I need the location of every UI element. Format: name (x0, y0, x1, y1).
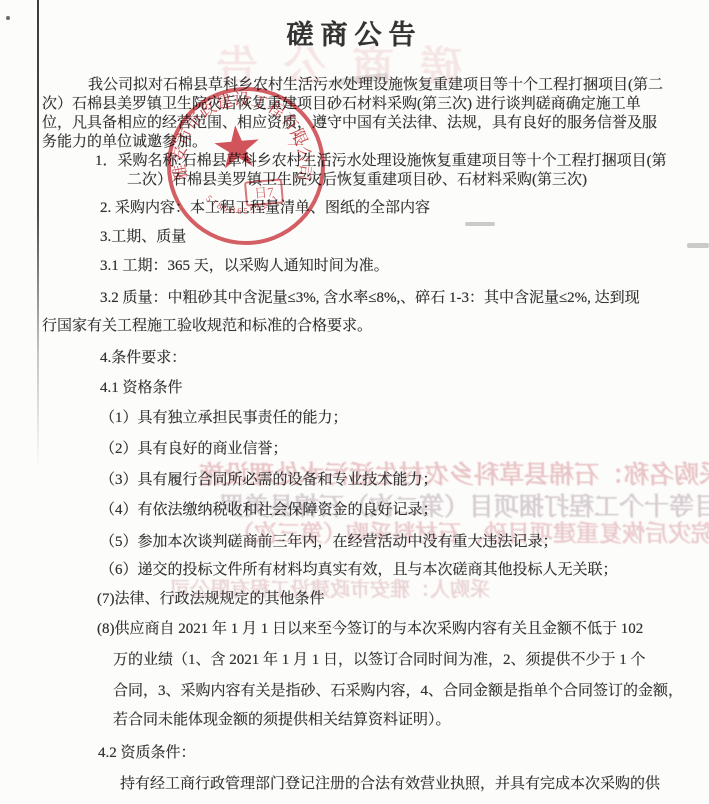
seal-box-mark: 日7 (244, 178, 284, 206)
body-line: （6）递交的投标文件所有材料均真实有效，且与本次磋商其他投标人无关联； (100, 561, 618, 580)
body-line: (7)法律、行政法规规定的其他条件 (97, 590, 325, 609)
body-line: (8)供应商自 2021 年 1 月 1 日以来至今签订的与本次采购内容有关且金… (97, 620, 643, 639)
body-line: 4.1 资格条件 (100, 379, 183, 398)
seal-text-svg: 雅安市市政建设工程有限公司 5 1 8 0 B 6 5 5 4 2 7 1 (162, 82, 322, 242)
body-line: （2）具有良好的商业信誉； (100, 440, 288, 459)
scan-smudge (465, 222, 495, 226)
body-line: 行国家有关工程施工验收规范和标准的合格要求。 (42, 317, 372, 336)
body-line: （1）具有独立承担民事责任的能力； (100, 409, 348, 428)
body-line: （3）具有履行合同所必需的设备和专业技术能力； (100, 471, 438, 490)
body-line: 若合同未能体现金额的须提供相关结算资料证明）。 (113, 711, 451, 730)
body-line: 持有经工商行政管理部门登记注册的合法有效营业执照，并具有完成本次采购的供 (120, 775, 660, 794)
body-line: 3.2 质量：中粗砂其中含泥量≤3%, 含水率≤8%,、碎石 1-3：其中含泥量… (100, 289, 640, 308)
body-line: 3.1 工期：365 天，以采购人通知时间为准。 (100, 257, 389, 276)
body-line: 4.2 资质条件： (98, 744, 196, 763)
body-line: 万的业绩（1、含 2021 年 1 月 1 日，以签订合同时间为准，2、须提供不… (113, 651, 646, 670)
scanned-document-page: 磋商公告 采购名称：石棉县草科乡农村生活污水处理设施 目等十个工程打捆项目（第二… (0, 0, 709, 804)
body-line: 4.条件要求： (100, 349, 186, 368)
body-line: （5）参加本次谈判磋商前三年内，在经营活动中没有重大违法记录； (100, 533, 558, 552)
body-line: （4）有依法缴纳税收和社会保障资金的良好记录； (100, 501, 438, 520)
scan-smudge (687, 243, 709, 248)
body-line: 合同，3、采购内容有关是指砂、石采购内容，4、合同金额是指单个合同签订的金额， (113, 682, 683, 701)
seal-side-mark: 工 (281, 130, 306, 151)
body-line: 次）石棉县美罗镇卫生院灾后恢复重建项目砂石材料采购(第三次) 进行谈判磋商确定施… (42, 95, 641, 114)
scan-edge-line (37, 0, 39, 470)
page-title: 磋商公告 (0, 13, 709, 52)
body-line: 位，凡具备相应的经营范围、相应资质，遵守中国有关法律、法规，具有良好的服务信誉及… (42, 114, 657, 133)
